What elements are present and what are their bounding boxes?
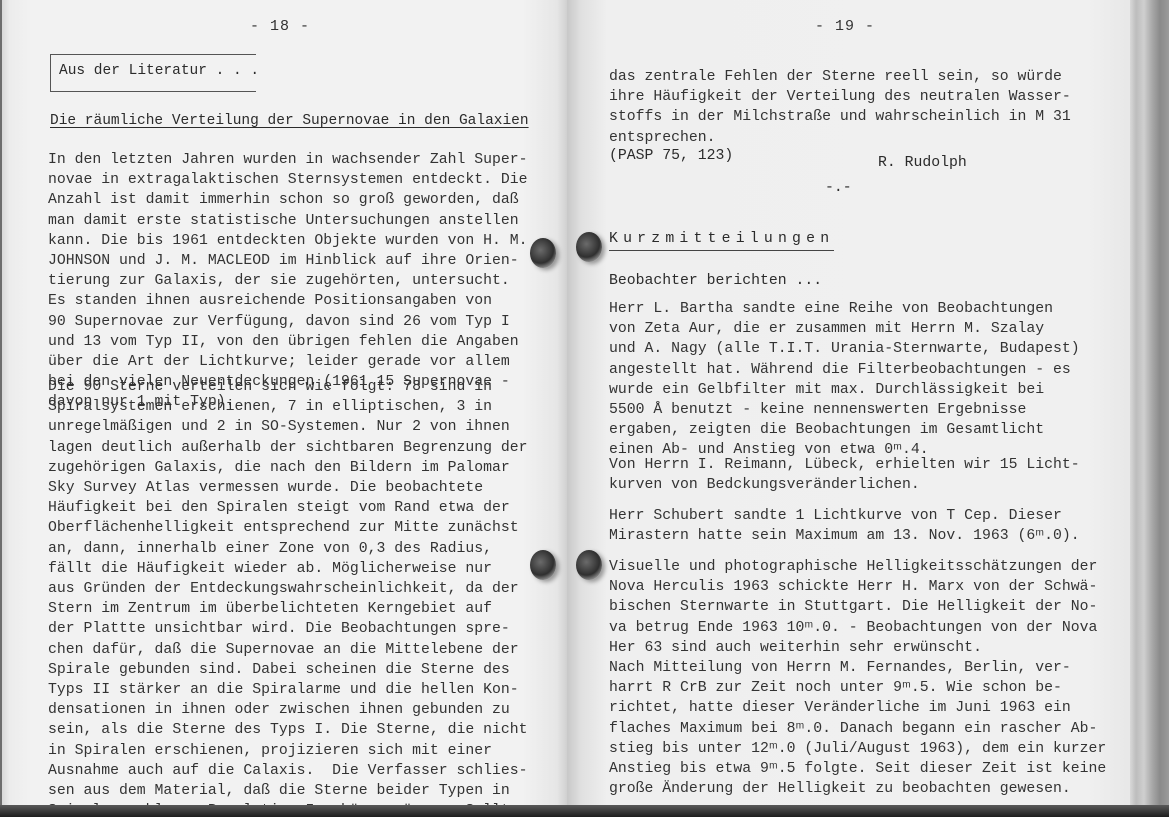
paragraph: Die 90 Sterne verteilen sich wie folgt: …	[48, 377, 528, 817]
section-label-box: Aus der Literatur . . .	[50, 54, 256, 92]
binder-hole-icon	[530, 550, 556, 580]
author-signature: R. Rudolph	[878, 155, 967, 171]
subheading: Beobachter berichten ...	[609, 273, 822, 289]
news-item: Von Herrn I. Reimann, Lübeck, erhielten …	[609, 455, 1080, 495]
left-page: - 18 - Aus der Literatur . . . Die räuml…	[0, 0, 567, 805]
binder-hole-icon	[576, 232, 602, 262]
paragraph: In den letzten Jahren wurden in wachsend…	[48, 150, 528, 413]
page-number: - 19 -	[815, 18, 875, 35]
news-item: Nach Mitteilung von Herrn M. Fernandes, …	[609, 658, 1106, 799]
section-heading: Kurzmitteilungen	[609, 231, 834, 251]
right-page: - 19 - das zentrale Fehlen der Sterne re…	[567, 0, 1137, 805]
news-item: Herr L. Bartha sandte eine Reihe von Beo…	[609, 299, 1080, 461]
section-separator: -.-	[825, 180, 852, 196]
news-item: Visuelle und photographische Helligkeits…	[609, 557, 1097, 658]
citation: (PASP 75, 123)	[609, 148, 733, 164]
binder-hole-icon	[530, 238, 556, 268]
binder-hole-icon	[576, 550, 602, 580]
article-title: Die räumliche Verteilung der Supernovae …	[50, 113, 529, 129]
book-spread: - 18 - Aus der Literatur . . . Die räuml…	[0, 0, 1169, 817]
book-page-edge	[1130, 0, 1169, 817]
page-number: - 18 -	[250, 18, 310, 35]
section-label: Aus der Literatur . . .	[59, 63, 259, 79]
paragraph-continuation: das zentrale Fehlen der Sterne reell sei…	[609, 67, 1071, 148]
book-bottom-edge	[0, 805, 1169, 817]
news-item: Herr Schubert sandte 1 Lichtkurve von T …	[609, 506, 1080, 546]
